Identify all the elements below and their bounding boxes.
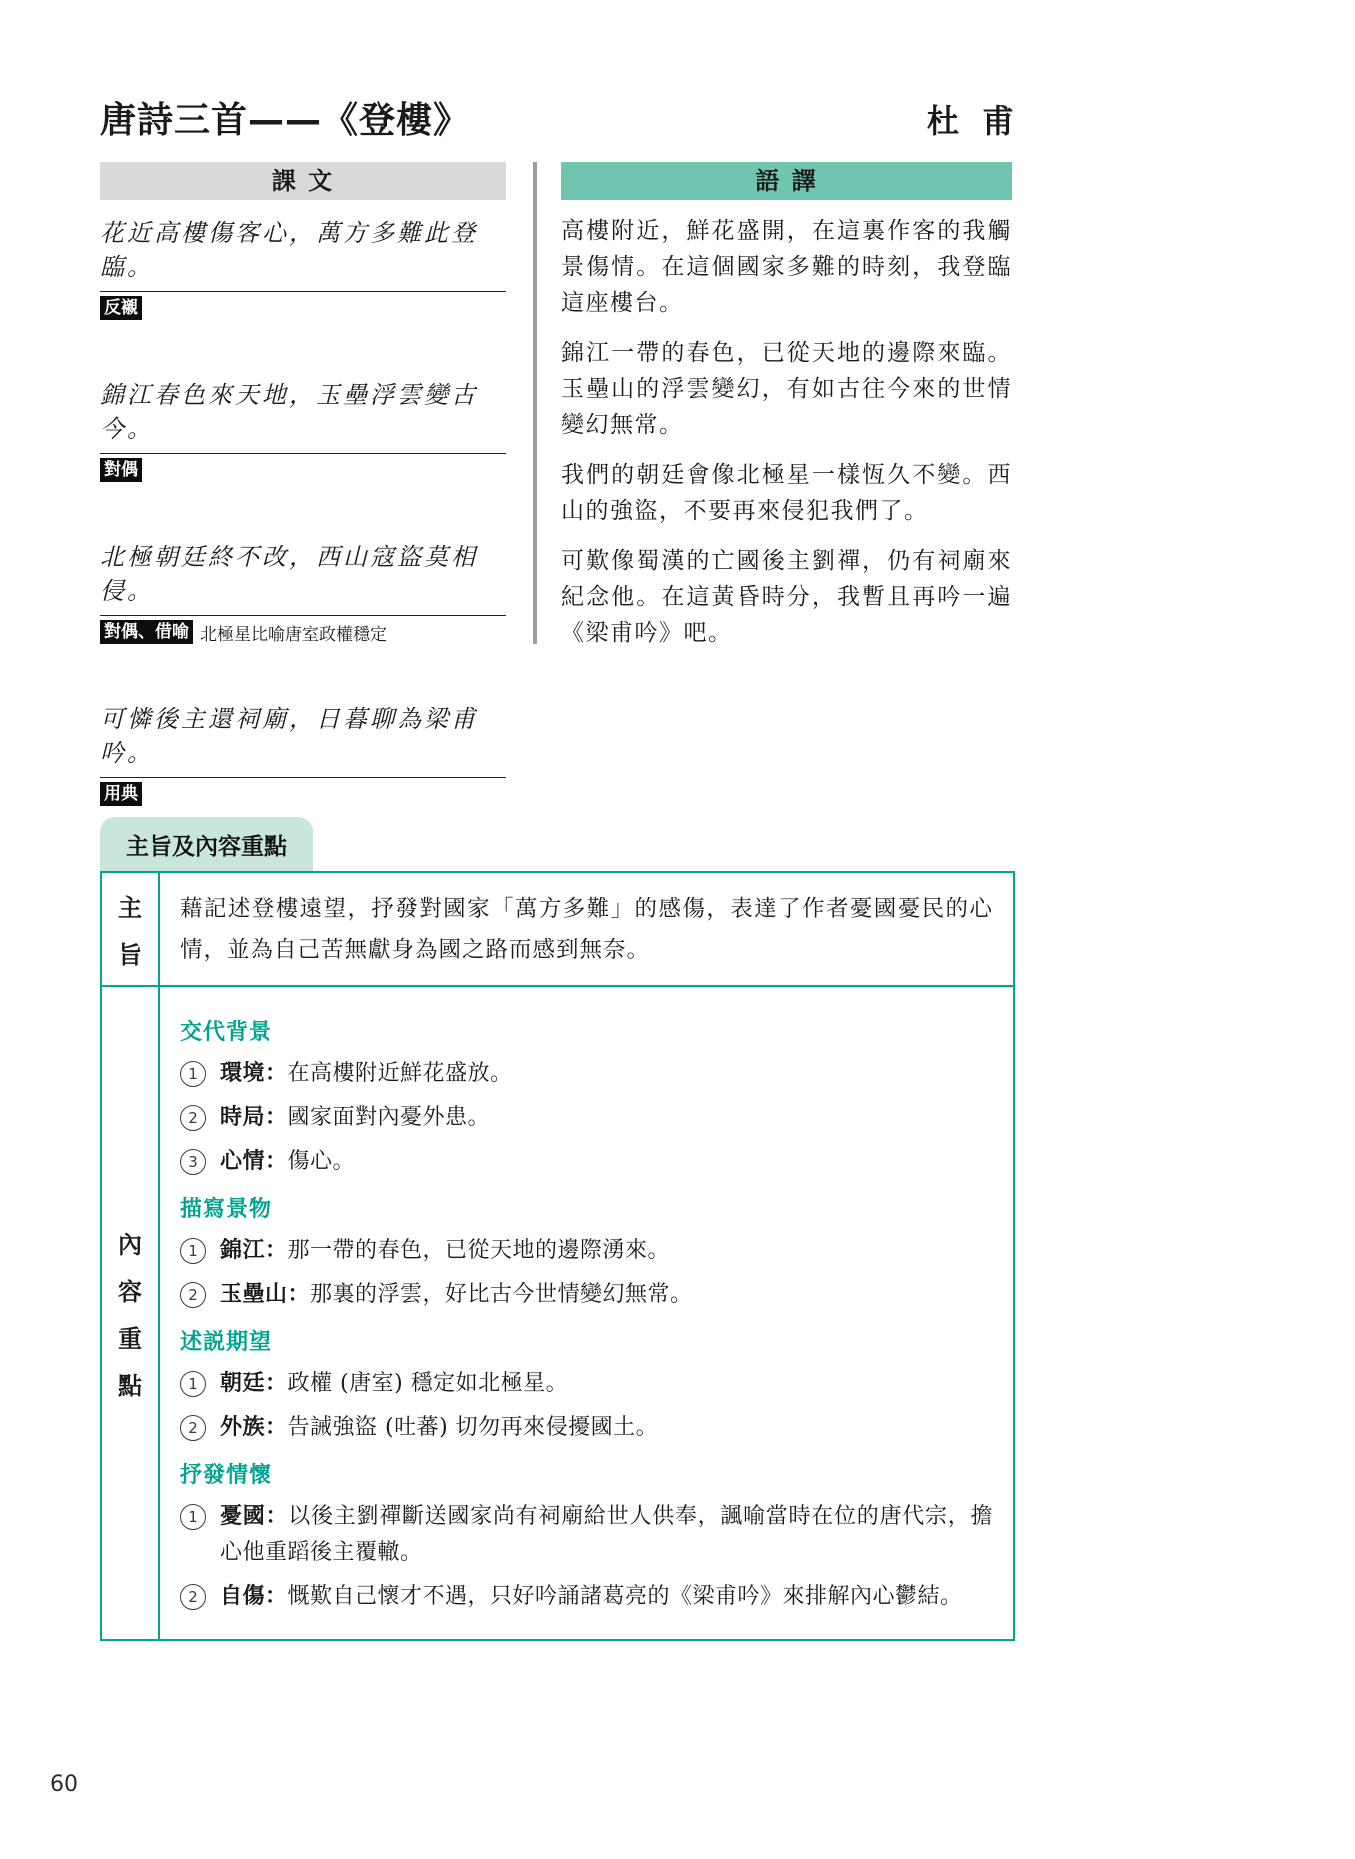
verse-annotation: 用典 xyxy=(100,781,506,807)
group-heading: 交代背景 xyxy=(180,1015,993,1046)
item-term: 心情： xyxy=(220,1149,288,1174)
label-char: 主 xyxy=(118,888,142,923)
verse-line: 可憐後主還祠廟，日暮聊為梁甫吟。 用典 xyxy=(100,702,506,807)
translation-paragraph: 我們的朝廷會像北極星一樣恆久不變。西山的強盜，不要再來侵犯我們了。 xyxy=(561,457,1012,529)
item-number: 2 xyxy=(180,1584,206,1610)
rhetoric-tag: 用典 xyxy=(100,782,142,806)
rhetoric-tag: 對偶 xyxy=(100,458,142,482)
item-number: 2 xyxy=(180,1415,206,1441)
verse-line: 北極朝廷終不改，西山寇盜莫相侵。 對偶、借喻 北極星比喻唐室政權穩定 xyxy=(100,540,506,645)
verse-annotation: 反襯 xyxy=(100,295,506,321)
translation-header: 語 譯 xyxy=(561,162,1012,200)
content-points-body: 交代背景 1 環境：在高樓附近鮮花盛放。 2 時局：國家面對內憂外患。 3 心情… xyxy=(160,987,1013,1639)
group-heading: 描寫景物 xyxy=(180,1192,993,1223)
main-idea-label: 主 旨 xyxy=(102,873,160,985)
item-desc: 傷心。 xyxy=(288,1149,356,1174)
content-points-row: 內 容 重 點 交代背景 1 環境：在高樓附近鮮花盛放。 2 時局 xyxy=(102,985,1013,1639)
label-char: 重 xyxy=(118,1319,142,1354)
source-text-header: 課 文 xyxy=(100,162,506,200)
item-number: 2 xyxy=(180,1105,206,1131)
content-item: 2 自傷：慨歎自己懷才不遇，只好吟誦諸葛亮的《梁甫吟》來排解內心鬱結。 xyxy=(180,1579,993,1615)
content-item: 1 錦江：那一帶的春色，已從天地的邊際湧來。 xyxy=(180,1233,993,1269)
label-char: 旨 xyxy=(118,935,142,970)
verse-annotation: 對偶 xyxy=(100,457,506,483)
main-idea-row: 主 旨 藉記述登樓遠望，抒發對國家「萬方多難」的感傷，表達了作者憂國憂民的心情，… xyxy=(102,873,1013,985)
item-number: 2 xyxy=(180,1282,206,1308)
verses-list: 花近高樓傷客心，萬方多難此登臨。 反襯 錦江春色來天地，玉壘浮雲變古今。 對偶 … xyxy=(100,200,506,807)
item-number: 3 xyxy=(180,1149,206,1175)
content-item: 2 時局：國家面對內憂外患。 xyxy=(180,1100,993,1136)
item-desc: 以後主劉禪斷送國家尚有祠廟給世人供奉，諷喻當時在位的唐代宗，擔心他重蹈後主覆轍。 xyxy=(220,1504,993,1565)
group-heading: 述説期望 xyxy=(180,1325,993,1356)
item-desc: 告誡強盜 (吐蕃) 切勿再來侵擾國土。 xyxy=(288,1415,659,1440)
rhetoric-note: 北極星比喻唐室政權穩定 xyxy=(200,620,387,645)
item-number: 1 xyxy=(180,1371,206,1397)
main-idea-text: 藉記述登樓遠望，抒發對國家「萬方多難」的感傷，表達了作者憂國憂民的心情，並為自己… xyxy=(180,889,993,971)
item-term: 自傷： xyxy=(220,1584,288,1609)
item-number: 1 xyxy=(180,1238,206,1264)
item-desc: 那一帶的春色，已從天地的邊際湧來。 xyxy=(288,1238,671,1263)
content-group: 交代背景 1 環境：在高樓附近鮮花盛放。 2 時局：國家面對內憂外患。 3 心情… xyxy=(180,1015,993,1180)
content-item: 2 外族：告誡強盜 (吐蕃) 切勿再來侵擾國土。 xyxy=(180,1410,993,1446)
content-group: 抒發情懷 1 憂國：以後主劉禪斷送國家尚有祠廟給世人供奉，諷喻當時在位的唐代宗，… xyxy=(180,1458,993,1615)
label-char: 點 xyxy=(118,1366,142,1401)
content-group: 描寫景物 1 錦江：那一帶的春色，已從天地的邊際湧來。 2 玉壘山：那裏的浮雲，… xyxy=(180,1192,993,1313)
item-term: 朝廷： xyxy=(220,1371,288,1396)
item-desc: 慨歎自己懷才不遇，只好吟誦諸葛亮的《梁甫吟》來排解內心鬱結。 xyxy=(288,1584,963,1609)
verse-text: 可憐後主還祠廟，日暮聊為梁甫吟。 xyxy=(100,702,506,778)
textbook-page: 唐詩三首——《登樓》 杜 甫 課 文 花近高樓傷客心，萬方多難此登臨。 反襯 錦… xyxy=(0,0,1355,1859)
item-text: 環境：在高樓附近鮮花盛放。 xyxy=(220,1056,993,1092)
column-divider xyxy=(533,162,537,644)
group-heading: 抒發情懷 xyxy=(180,1458,993,1489)
summary-section: 主旨及內容重點 主 旨 藉記述登樓遠望，抒發對國家「萬方多難」的感傷，表達了作者… xyxy=(100,817,1015,1641)
author-name: 杜 甫 xyxy=(927,96,1020,142)
translation-paragraph: 高樓附近，鮮花盛開，在這裏作客的我觸景傷情。在這個國家多難的時刻，我登臨這座樓台… xyxy=(561,200,1012,321)
item-desc: 政權 (唐室) 穩定如北極星。 xyxy=(288,1371,569,1396)
item-desc: 國家面對內憂外患。 xyxy=(288,1105,491,1130)
translation-paragraph: 錦江一帶的春色，已從天地的邊際來臨。玉壘山的浮雲變幻，有如古往今來的世情變幻無常… xyxy=(561,335,1012,443)
item-text: 外族：告誡強盜 (吐蕃) 切勿再來侵擾國土。 xyxy=(220,1410,993,1446)
translation-column: 語 譯 高樓附近，鮮花盛開，在這裏作客的我觸景傷情。在這個國家多難的時刻，我登臨… xyxy=(561,162,1012,665)
translation-paragraph: 可歎像蜀漢的亡國後主劉禪，仍有祠廟來紀念他。在這黃昏時分，我暫且再吟一遍《梁甫吟… xyxy=(561,543,1012,651)
item-term: 環境： xyxy=(220,1061,288,1086)
content-item: 2 玉壘山：那裏的浮雲，好比古今世情變幻無常。 xyxy=(180,1277,993,1313)
content-item: 1 朝廷：政權 (唐室) 穩定如北極星。 xyxy=(180,1366,993,1402)
label-char: 內 xyxy=(118,1225,142,1260)
content-points-label: 內 容 重 點 xyxy=(102,987,160,1639)
verse-text: 北極朝廷終不改，西山寇盜莫相侵。 xyxy=(100,540,506,616)
content-group: 述説期望 1 朝廷：政權 (唐室) 穩定如北極星。 2 外族：告誡強盜 (吐蕃)… xyxy=(180,1325,993,1446)
item-desc: 在高樓附近鮮花盛放。 xyxy=(288,1061,513,1086)
item-text: 憂國：以後主劉禪斷送國家尚有祠廟給世人供奉，諷喻當時在位的唐代宗，擔心他重蹈後主… xyxy=(220,1499,993,1571)
summary-table: 主 旨 藉記述登樓遠望，抒發對國家「萬方多難」的感傷，表達了作者憂國憂民的心情，… xyxy=(100,871,1015,1641)
item-text: 朝廷：政權 (唐室) 穩定如北極星。 xyxy=(220,1366,993,1402)
page-number: 60 xyxy=(50,1772,78,1797)
verse-annotation: 對偶、借喻 北極星比喻唐室政權穩定 xyxy=(100,619,506,645)
item-term: 外族： xyxy=(220,1415,288,1440)
item-desc: 那裏的浮雲，好比古今世情變幻無常。 xyxy=(310,1282,693,1307)
main-idea-body: 藉記述登樓遠望，抒發對國家「萬方多難」的感傷，表達了作者憂國憂民的心情，並為自己… xyxy=(160,873,1013,985)
content-item: 3 心情：傷心。 xyxy=(180,1144,993,1180)
summary-section-title: 主旨及內容重點 xyxy=(100,817,313,871)
item-term: 玉壘山： xyxy=(220,1282,310,1307)
item-term: 時局： xyxy=(220,1105,288,1130)
item-text: 自傷：慨歎自己懷才不遇，只好吟誦諸葛亮的《梁甫吟》來排解內心鬱結。 xyxy=(220,1579,993,1615)
item-term: 憂國： xyxy=(220,1504,288,1529)
item-number: 1 xyxy=(180,1504,206,1530)
item-text: 錦江：那一帶的春色，已從天地的邊際湧來。 xyxy=(220,1233,993,1269)
item-text: 心情：傷心。 xyxy=(220,1144,993,1180)
content-item: 1 憂國：以後主劉禪斷送國家尚有祠廟給世人供奉，諷喻當時在位的唐代宗，擔心他重蹈… xyxy=(180,1499,993,1571)
page-title: 唐詩三首——《登樓》 xyxy=(100,92,470,143)
verse-line: 花近高樓傷客心，萬方多難此登臨。 反襯 xyxy=(100,216,506,321)
verse-text: 花近高樓傷客心，萬方多難此登臨。 xyxy=(100,216,506,292)
content-item: 1 環境：在高樓附近鮮花盛放。 xyxy=(180,1056,993,1092)
page-header: 唐詩三首——《登樓》 杜 甫 xyxy=(100,92,1020,143)
item-text: 玉壘山：那裏的浮雲，好比古今世情變幻無常。 xyxy=(220,1277,993,1313)
verse-text: 錦江春色來天地，玉壘浮雲變古今。 xyxy=(100,378,506,454)
source-text-column: 課 文 花近高樓傷客心，萬方多難此登臨。 反襯 錦江春色來天地，玉壘浮雲變古今。… xyxy=(100,162,506,807)
text-translation-columns: 課 文 花近高樓傷客心，萬方多難此登臨。 反襯 錦江春色來天地，玉壘浮雲變古今。… xyxy=(100,162,1012,807)
item-number: 1 xyxy=(180,1061,206,1087)
label-char: 容 xyxy=(118,1272,142,1307)
rhetoric-tag: 反襯 xyxy=(100,296,142,320)
rhetoric-tag: 對偶、借喻 xyxy=(100,620,193,644)
item-term: 錦江： xyxy=(220,1238,288,1263)
verse-line: 錦江春色來天地，玉壘浮雲變古今。 對偶 xyxy=(100,378,506,483)
item-text: 時局：國家面對內憂外患。 xyxy=(220,1100,993,1136)
